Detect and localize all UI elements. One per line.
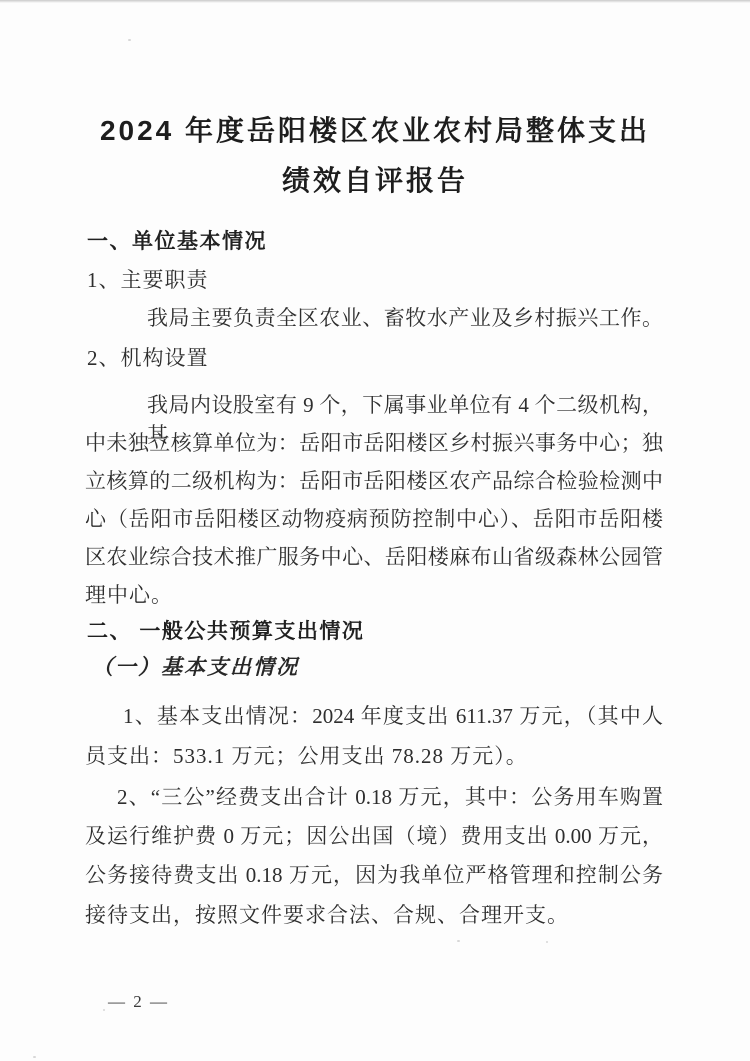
section2-item1-line2: 员支出：533.1 万元；公用支出 78.28 万元）。	[85, 741, 663, 771]
section1-item2-body-line3: 立核算的二级机构为：岳阳市岳阳楼区农产品综合检验检测中	[85, 466, 663, 496]
section2-item2-line4: 接待支出，按照文件要求合法、合规、合理开支。	[85, 900, 663, 930]
section1-item2-body-line2: 中未独立核算单位为：岳阳市岳阳楼区乡村振兴事务中心；独	[85, 428, 663, 458]
section2-sub-heading: （一）基本支出情况	[92, 652, 670, 682]
section1-heading: 一、单位基本情况	[87, 227, 665, 257]
scanned-report-page: 2024 年度岳阳楼区农业农村局整体支出 绩效自评报告 一、单位基本情况 1、主…	[0, 0, 750, 1061]
section1-item2-heading: 2、机构设置	[87, 343, 665, 373]
scan-speck	[128, 39, 131, 41]
document-title: 2024 年度岳阳楼区农业农村局整体支出 绩效自评报告	[0, 106, 750, 206]
scan-edge-shadow	[0, 0, 750, 3]
scan-speck	[457, 940, 460, 942]
scan-speck	[546, 941, 548, 943]
section1-item1-heading: 1、主要职责	[87, 265, 665, 295]
section1-item2-body-line4: 心（岳阳市岳阳楼区动物疫病预防控制中心）、岳阳市岳阳楼	[85, 504, 663, 534]
section1-item2-body-line6: 理中心。	[85, 580, 663, 610]
scan-speck	[103, 1009, 105, 1011]
section2-heading: 二、 一般公共预算支出情况	[87, 617, 665, 647]
section2-item2-line1: 2、“三公”经费支出合计 0.18 万元，其中：公务用车购置	[117, 782, 663, 812]
document-title-line2: 绩效自评报告	[0, 156, 750, 206]
scan-speck	[33, 1056, 36, 1058]
section2-item2-line2: 及运行维护费 0 万元；因公出国（境）费用支出 0.00 万元，	[85, 821, 663, 851]
document-title-line1: 2024 年度岳阳楼区农业农村局整体支出	[0, 106, 750, 156]
section2-item2-line3: 公务接待费支出 0.18 万元，因为我单位严格管理和控制公务	[85, 860, 663, 890]
section1-item2-body-line5: 区农业综合技术推广服务中心、岳阳楼麻布山省级森林公园管	[85, 542, 663, 572]
section2-item1-line1: 1、基本支出情况：2024 年度支出 611.37 万元，（其中人	[123, 701, 663, 731]
section1-item1-body: 我局主要负责全区农业、畜牧水产业及乡村振兴工作。	[147, 303, 663, 333]
page-number: — 2 —	[108, 992, 169, 1012]
